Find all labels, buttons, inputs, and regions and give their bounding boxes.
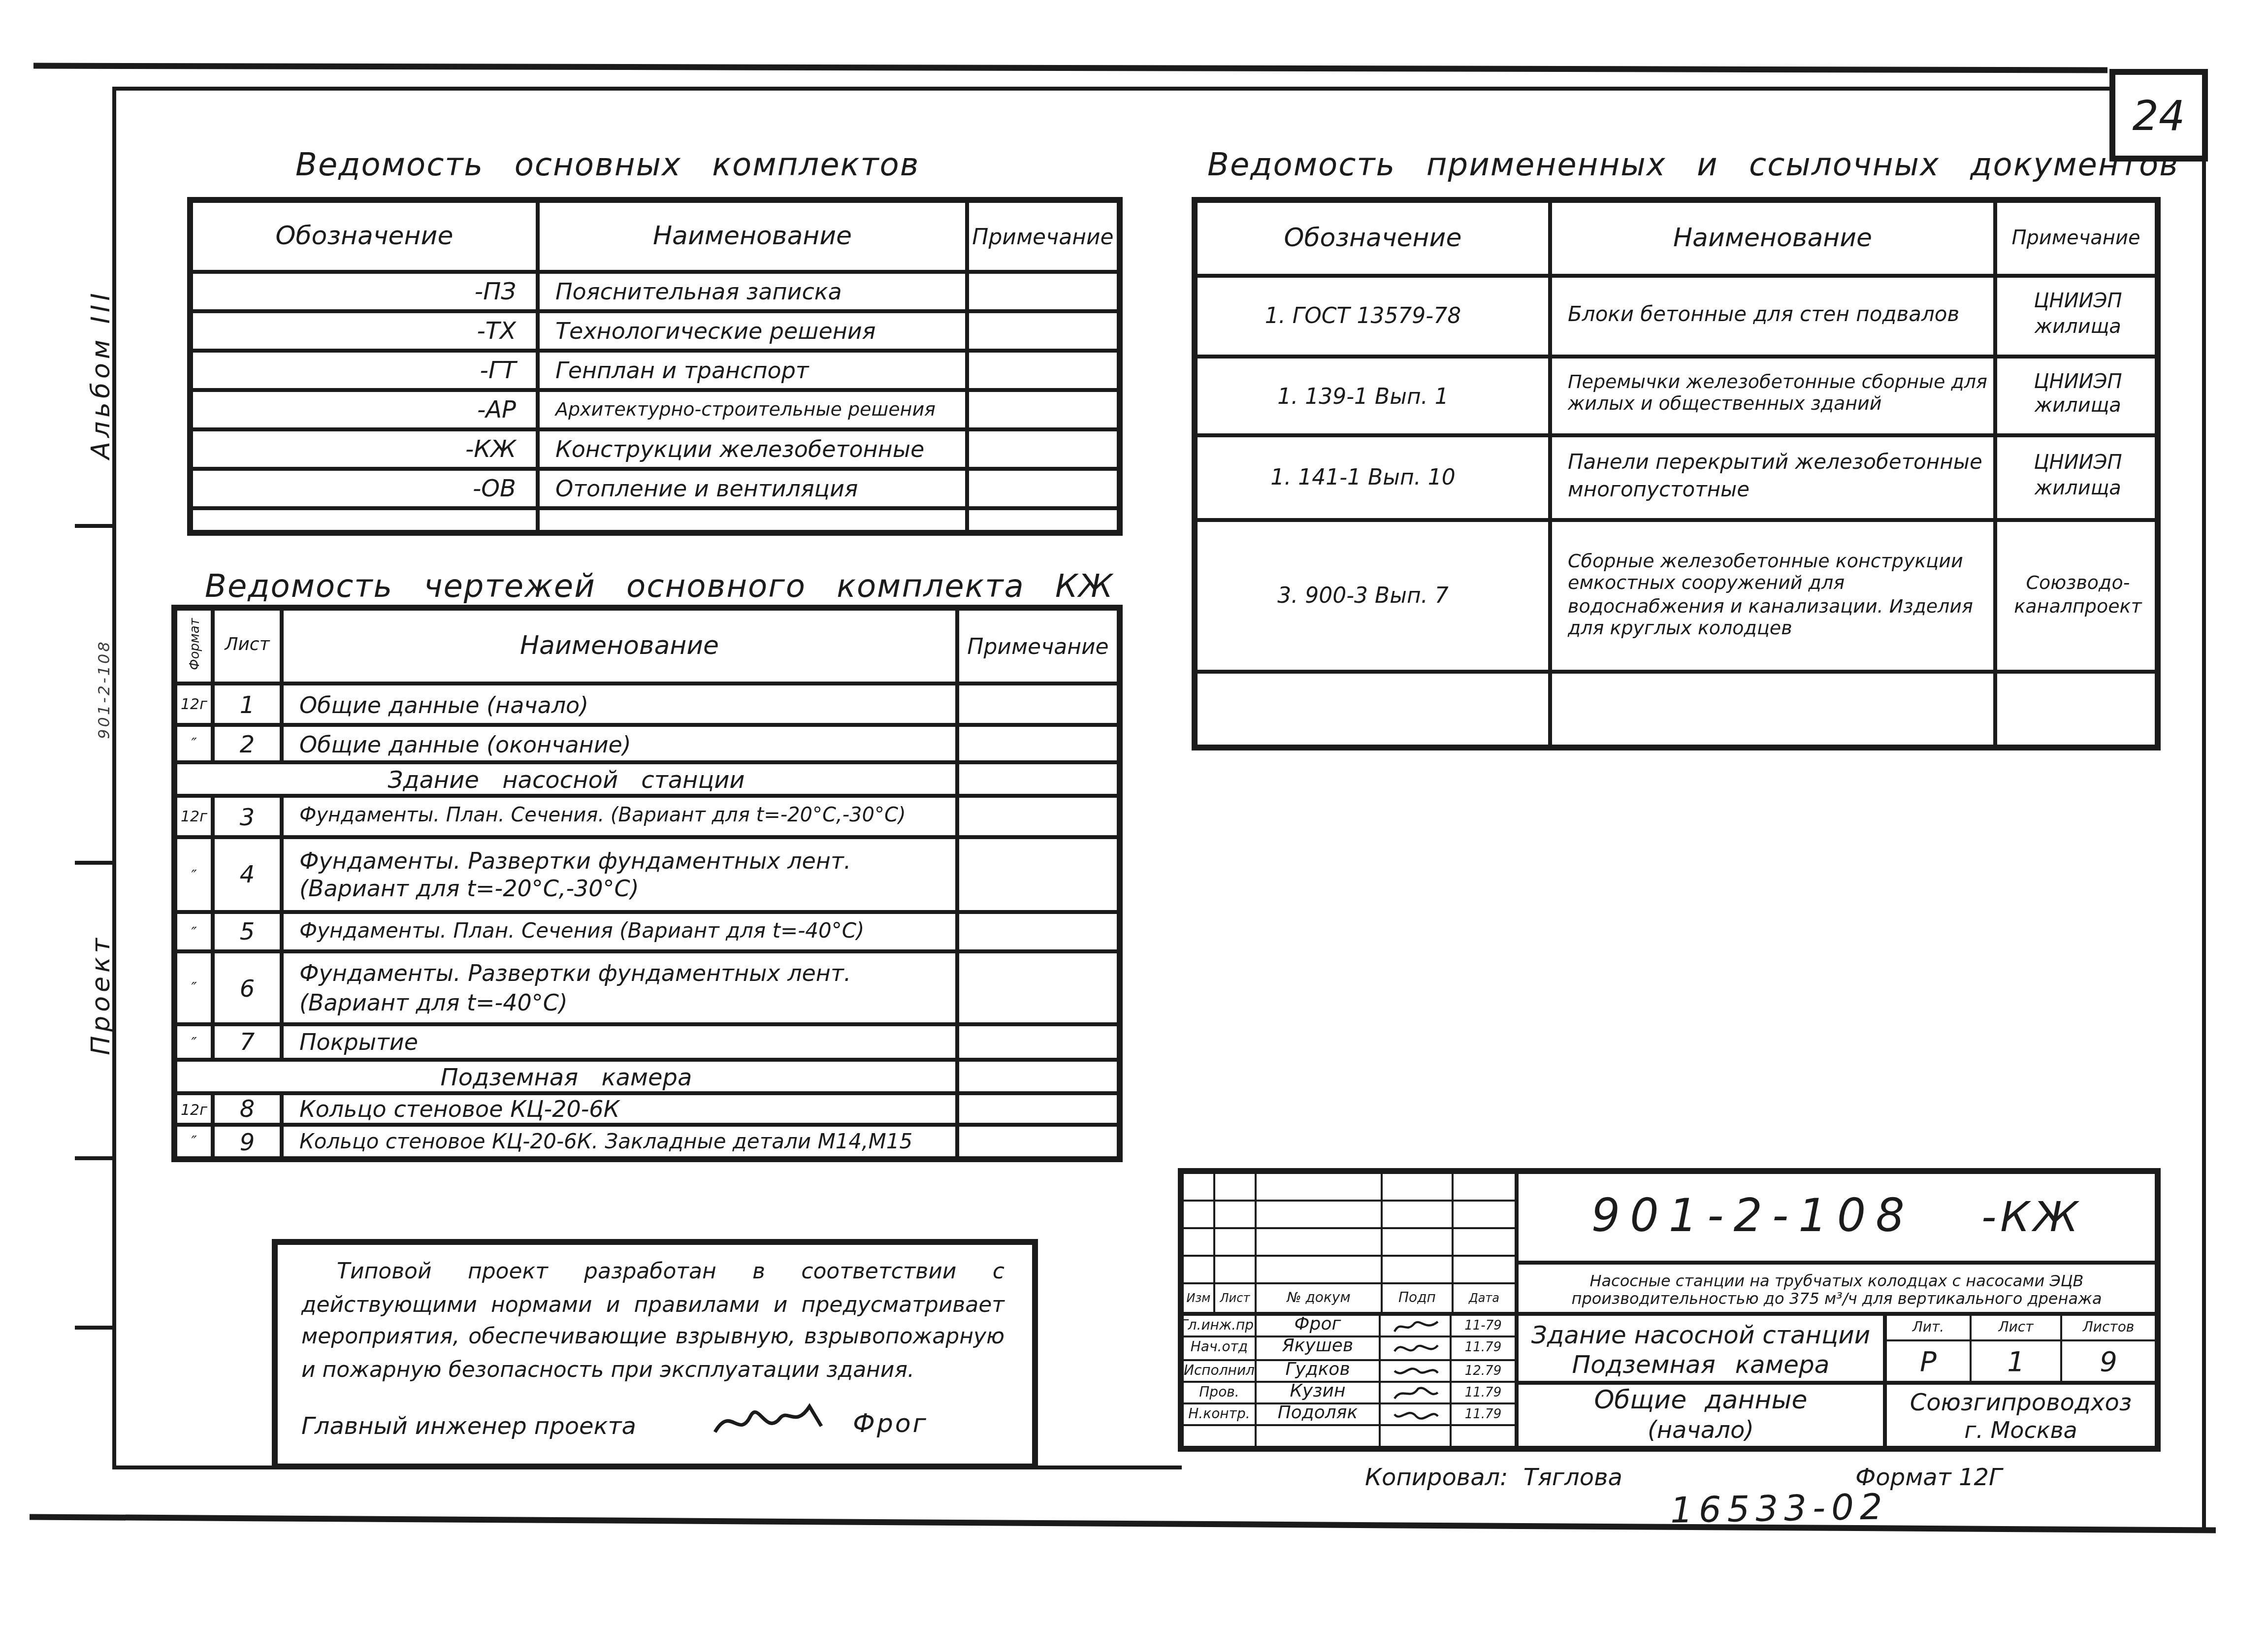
column-header: Примечание <box>969 203 1117 270</box>
note-signoff-name: Фрог <box>853 1410 928 1440</box>
note-signoff-role: Главный инженер проекта <box>301 1412 636 1440</box>
signer-signature <box>1381 1316 1452 1336</box>
doc-note: ЦНИИЭП жилища <box>1997 358 2155 433</box>
drawing-note <box>959 914 1117 949</box>
set-name: Конструкции железобетонные <box>540 431 969 467</box>
empty-cell <box>1552 674 1997 745</box>
archive-number: 16533-02 <box>1670 1487 1888 1532</box>
set-name: Технологические решения <box>540 313 969 349</box>
drawing-format: ″ <box>177 839 215 910</box>
project-title-line1: Насосные станции на трубчатых колодцах с… <box>1589 1272 2083 1291</box>
title-block: Изм Лист № докум Подп Дата Гл.инж.пр. Фр… <box>1178 1168 2161 1452</box>
signature-icon <box>1390 1339 1441 1357</box>
note-box: Типовой проект разработан в соответствии… <box>272 1239 1038 1469</box>
section-header: Подземная камера <box>177 1062 959 1091</box>
revision-header: № докум <box>1257 1284 1383 1312</box>
drawing-format: 12г <box>177 798 215 835</box>
project-title-cell: Насосные станции на трубчатых колодцах с… <box>1519 1270 2155 1312</box>
set-name: Архитектурно-строительные решения <box>540 392 969 427</box>
drawing-format: ″ <box>177 727 215 760</box>
set-code: -ГТ <box>193 353 540 388</box>
signer-name: Якушев <box>1257 1338 1381 1358</box>
signer-date: 12.79 <box>1452 1360 1515 1380</box>
note-text: Типовой проект разработан в соответствии… <box>301 1257 1004 1387</box>
revision-header: Лист <box>1215 1284 1257 1312</box>
drawing-name: Общие данные (начало) <box>284 685 959 723</box>
sheet-title-line2: (начало) <box>1648 1416 1754 1444</box>
table-drawings-title: Ведомость чертежей основного комплекта К… <box>205 567 1113 605</box>
table-drawings: Формат Лист Наименование Примечание 12г … <box>171 605 1123 1162</box>
drawing-name: Общие данные (окончание) <box>284 727 959 760</box>
set-code: -ТХ <box>193 313 540 349</box>
drawing-name: Покрытие <box>284 1026 959 1058</box>
drawing-sheet-number: 3 <box>215 798 284 835</box>
set-note <box>969 471 1117 506</box>
drawing-sheet-number: 5 <box>215 914 284 949</box>
project-title-line2: производительностью до 375 м³/ч для верт… <box>1572 1291 2102 1309</box>
column-header: Обозначение <box>1198 203 1552 274</box>
doc-note: ЦНИИЭП жилища <box>1997 278 2155 355</box>
column-header: Наименование <box>1552 203 1997 274</box>
drawing-sheet-number: 1 <box>215 685 284 723</box>
signer-signature <box>1381 1383 1452 1403</box>
set-name: Генплан и транспорт <box>540 353 969 388</box>
lit-value: Р <box>1887 1341 1972 1385</box>
format-header-label: Формат <box>187 618 203 670</box>
signer-signature <box>1381 1360 1452 1380</box>
doc-note: ЦНИИЭП жилища <box>1997 437 2155 518</box>
column-header-format: Формат <box>177 611 215 682</box>
drawing-sheet-number: 2 <box>215 727 284 760</box>
empty-cell <box>959 764 1117 794</box>
drawing-note <box>959 1026 1117 1058</box>
signer-name: Кузин <box>1257 1383 1381 1403</box>
margin-note-album: Альбом III <box>88 289 117 459</box>
doc-name: Блоки бетонные для стен подвалов <box>1552 278 1997 355</box>
signer-name: Гудков <box>1257 1360 1381 1380</box>
table-ref-docs-title: Ведомость примененных и ссылочных докуме… <box>1207 146 2179 183</box>
signature-icon <box>1390 1406 1441 1424</box>
top-frame-line <box>33 63 2107 73</box>
revision-header: Дата <box>1454 1284 1515 1312</box>
drawing-note <box>959 727 1117 760</box>
set-note <box>969 274 1117 309</box>
drawing-note <box>959 1127 1117 1156</box>
right-frame-line <box>2202 158 2206 1532</box>
top-inner-line <box>112 87 2111 91</box>
drawing-format: ″ <box>177 1127 215 1156</box>
drawing-name: Фундаменты. Развертки фундаментных лент.… <box>284 839 959 910</box>
set-code: -АР <box>193 392 540 427</box>
doc-code: 1. ГОСТ 13579-78 <box>1198 278 1552 355</box>
lit-header: Лит. <box>1887 1316 1972 1339</box>
doc-note: Союзводо­каналпроект <box>1997 522 2155 670</box>
signer-role: Гл.инж.пр. <box>1184 1316 1257 1336</box>
drawing-name: Фундаменты. План. Сечения (Вариант для t… <box>284 914 959 949</box>
copied-by: Копировал: Тяглова <box>1365 1464 1622 1491</box>
set-note <box>969 431 1117 467</box>
drawing-note <box>959 1095 1117 1123</box>
frame-tick-4 <box>75 1326 112 1330</box>
drawing-name: Кольцо стеновое КЦ-20-6К <box>284 1095 959 1123</box>
organization-line1: Союзгипроводхоз <box>1910 1388 2132 1415</box>
set-note <box>969 353 1117 388</box>
empty-cell <box>959 1062 1117 1091</box>
table-ref-docs: Обозначение Наименование Примечание 1. Г… <box>1192 197 2161 750</box>
signer-date: 11.79 <box>1452 1405 1515 1425</box>
column-header: Лист <box>215 611 284 682</box>
drawing-note <box>959 839 1117 910</box>
column-header: Наименование <box>284 611 959 682</box>
object-title-line2: Подземная камера <box>1572 1348 1830 1378</box>
signer-role: Н.контр. <box>1184 1405 1257 1425</box>
doc-name: Перемычки железобетонные сборные для жил… <box>1552 358 1997 433</box>
set-code: -КЖ <box>193 431 540 467</box>
doc-suffix: -КЖ <box>1981 1194 2082 1241</box>
signer-role: Пров. <box>1184 1383 1257 1403</box>
set-code: -ПЗ <box>193 274 540 309</box>
doc-code: 1. 139-1 Вып. 1 <box>1198 358 1552 433</box>
signer-name: Подоляк <box>1257 1405 1381 1425</box>
frame-tick-3 <box>75 1156 112 1160</box>
drawing-format: ″ <box>177 1026 215 1058</box>
set-name: Пояснительная записка <box>540 274 969 309</box>
drawing-sheet-number: 8 <box>215 1095 284 1123</box>
drawing-sheet-number: 7 <box>215 1026 284 1058</box>
sheet-title-cell: Общие данные (начало) <box>1519 1381 1887 1446</box>
signer-role: Нач.отд <box>1184 1338 1257 1358</box>
drawing-format: 12г <box>177 1095 215 1123</box>
drawing-sheet-number: 9 <box>215 1127 284 1156</box>
drawing-sheet-number: 4 <box>215 839 284 910</box>
column-header: Обозначение <box>193 203 540 270</box>
drawing-name: Фундаменты. Развертки фундаментных лент.… <box>284 953 959 1022</box>
revision-header: Подп <box>1383 1284 1454 1312</box>
drawing-format: 12г <box>177 685 215 723</box>
sheets-value: 9 <box>2062 1341 2155 1385</box>
signer-date: 11-79 <box>1452 1316 1515 1336</box>
signer-date: 11.79 <box>1452 1338 1515 1358</box>
drawing-format: ″ <box>177 953 215 1022</box>
sheet-header: Лист <box>1972 1316 2062 1339</box>
column-header: Примечание <box>959 611 1117 682</box>
signature-icon <box>1390 1317 1441 1335</box>
margin-note-project-number: 901-2-108 <box>96 640 113 739</box>
empty-cell <box>1198 674 1552 745</box>
empty-cell <box>540 510 969 530</box>
doc-number-cell: 901-2-108 -КЖ <box>1519 1174 2155 1265</box>
signer-role: Исполнил <box>1184 1360 1257 1380</box>
drawing-sheet-number: 6 <box>215 953 284 1022</box>
revision-header: Изм <box>1184 1284 1215 1312</box>
empty-cell <box>1997 674 2155 745</box>
signer-date: 11.79 <box>1452 1383 1515 1403</box>
doc-code: 1. 141-1 Вып. 10 <box>1198 437 1552 518</box>
doc-name: Сборные железобетонные кон­струкции емко… <box>1552 522 1997 670</box>
empty-cell <box>969 510 1117 530</box>
empty-cell <box>193 510 540 530</box>
drawing-note <box>959 685 1117 723</box>
drawing-note <box>959 798 1117 835</box>
object-title-line1: Здание насосной станции <box>1531 1319 1871 1348</box>
revision-grid: Изм Лист № докум Подп Дата <box>1184 1174 1519 1312</box>
column-header: Примечание <box>1997 203 2155 274</box>
frame-tick-1 <box>75 524 112 528</box>
signer-signature <box>1381 1405 1452 1425</box>
set-note <box>969 392 1117 427</box>
column-header: Наименование <box>540 203 969 270</box>
section-header: Здание насосной станции <box>177 764 959 794</box>
drawing-name: Кольцо стеновое КЦ-20-6К. Закладные дета… <box>284 1127 959 1156</box>
doc-name: Панели перекрытий железо­бетонные многоп… <box>1552 437 1997 518</box>
sheet-value: 1 <box>1972 1341 2062 1385</box>
object-title-cell: Здание насосной станции Подземная камера <box>1519 1312 1887 1381</box>
drawing-name: Фундаменты. План. Сечения. (Вариант для … <box>284 798 959 835</box>
lit-grid: Лит. Лист Листов Р 1 9 <box>1887 1312 2155 1381</box>
corner-number: 24 <box>2133 92 2185 139</box>
sheet-title-line1: Общие данные <box>1594 1387 1807 1416</box>
doc-number: 901-2-108 <box>1591 1192 1914 1243</box>
set-code: -ОВ <box>193 471 540 506</box>
organization-cell: Союзгипроводхоз г. Москва <box>1887 1381 2155 1446</box>
set-name: Отопление и вентиляция <box>540 471 969 506</box>
drawing-note <box>959 953 1117 1022</box>
set-note <box>969 313 1117 349</box>
sheets-header: Листов <box>2062 1316 2155 1339</box>
signature-icon <box>707 1401 825 1440</box>
scanned-drawing-sheet: 24 Альбом III 901-2-108 Проект Ведомость… <box>0 0 2268 1629</box>
signer-name: Фрог <box>1257 1316 1381 1336</box>
frame-tick-2 <box>75 861 112 865</box>
table-main-sets-title: Ведомость основных комплектов <box>295 146 919 183</box>
signature-icon <box>1390 1384 1441 1401</box>
signer-signature <box>1381 1338 1452 1358</box>
signer-grid: Гл.инж.пр. Фрог 11-79 Нач.отд Якушев 11.… <box>1184 1312 1519 1446</box>
doc-code: 3. 900-3 Вып. 7 <box>1198 522 1552 670</box>
drawing-format: ″ <box>177 914 215 949</box>
signature-icon <box>1390 1362 1441 1379</box>
table-main-sets: Обозначение Наименование Примечание -ПЗ … <box>187 197 1123 536</box>
organization-line2: г. Москва <box>1964 1415 2077 1443</box>
margin-note-word: Проект <box>88 934 117 1055</box>
